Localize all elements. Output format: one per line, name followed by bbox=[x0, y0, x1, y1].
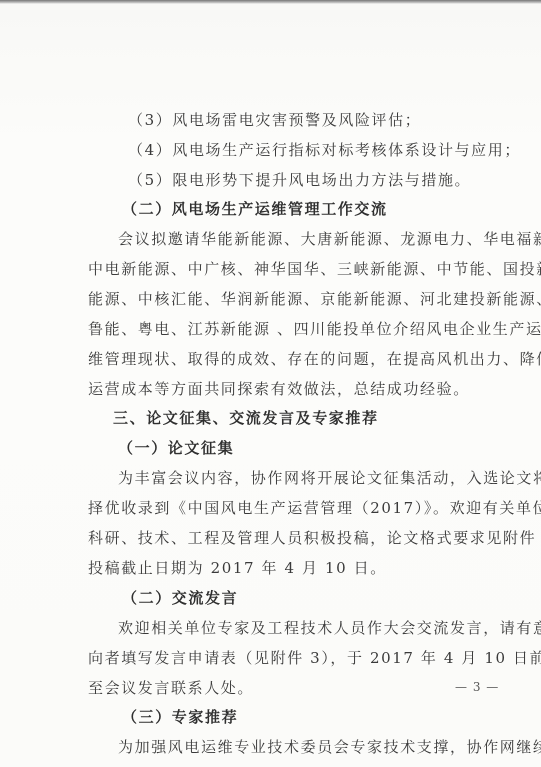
paragraph-line: 投稿截止日期为 2017 年 4 月 10 日。 bbox=[88, 558, 387, 578]
paragraph-line: 择优收录到《中国风电生产运营管理（2017）》。欢迎有关单位 bbox=[88, 498, 541, 518]
page-number: — 3 — bbox=[455, 680, 499, 694]
paragraph-line: 欢迎相关单位专家及工程技术人员作大会交流发言，请有意 bbox=[118, 618, 541, 638]
section-heading-3-2: （二）交流发言 bbox=[122, 588, 238, 608]
paragraph-line: 为加强风电运维专业技术委员会专家技术支撑，协作网继续 bbox=[118, 737, 541, 757]
section-heading-3-3: （三）专家推荐 bbox=[122, 707, 238, 727]
section-heading-3: 三、论文征集、交流发言及专家推荐 bbox=[113, 408, 379, 428]
section-heading-2-2: （二）风电场生产运维管理工作交流 bbox=[122, 199, 388, 219]
paragraph-line: 维管理现状、取得的成效、存在的问题，在提高风机出力、降低 bbox=[88, 349, 541, 369]
list-item-3: （3）风电场雷电灾害预警及风险评估； bbox=[128, 110, 421, 130]
document-page: （3）风电场雷电灾害预警及风险评估； （4）风电场生产运行指标对标考核体系设计与… bbox=[0, 0, 541, 767]
list-item-5: （5）限电形势下提升风电场出力方法与措施。 bbox=[128, 170, 471, 190]
paragraph-line: 能源、中核汇能、华润新能源、京能新能源、河北建投新能源、 bbox=[88, 289, 541, 309]
paragraph-line: 向者填写发言申请表（见附件 3），于 2017 年 4 月 10 日前反馈 bbox=[88, 648, 541, 668]
paragraph-line: 中电新能源、中广核、神华国华、三峡新能源、中节能、国投新 bbox=[88, 259, 541, 279]
paragraph-line: 运营成本等方面共同探索有效做法，总结成功经验。 bbox=[88, 379, 470, 399]
section-heading-3-1: （一）论文征集 bbox=[118, 438, 234, 458]
paragraph-line: 鲁能、粤电、江苏新能源 、四川能投单位介绍风电企业生产运 bbox=[88, 319, 541, 339]
scan-top-edge bbox=[0, 0, 541, 4]
paragraph-line: 会议拟邀请华能新能源、大唐新能源、龙源电力、华电福新、 bbox=[118, 229, 541, 249]
paragraph-line: 为丰富会议内容，协作网将开展论文征集活动，入选论文将 bbox=[118, 468, 541, 488]
paragraph-line: 科研、技术、工程及管理人员积极投稿，论文格式要求见附件 1。 bbox=[88, 528, 541, 548]
paragraph-line: 至会议发言联系人处。 bbox=[88, 678, 254, 698]
list-item-4: （4）风电场生产运行指标对标考核体系设计与应用； bbox=[128, 140, 521, 160]
